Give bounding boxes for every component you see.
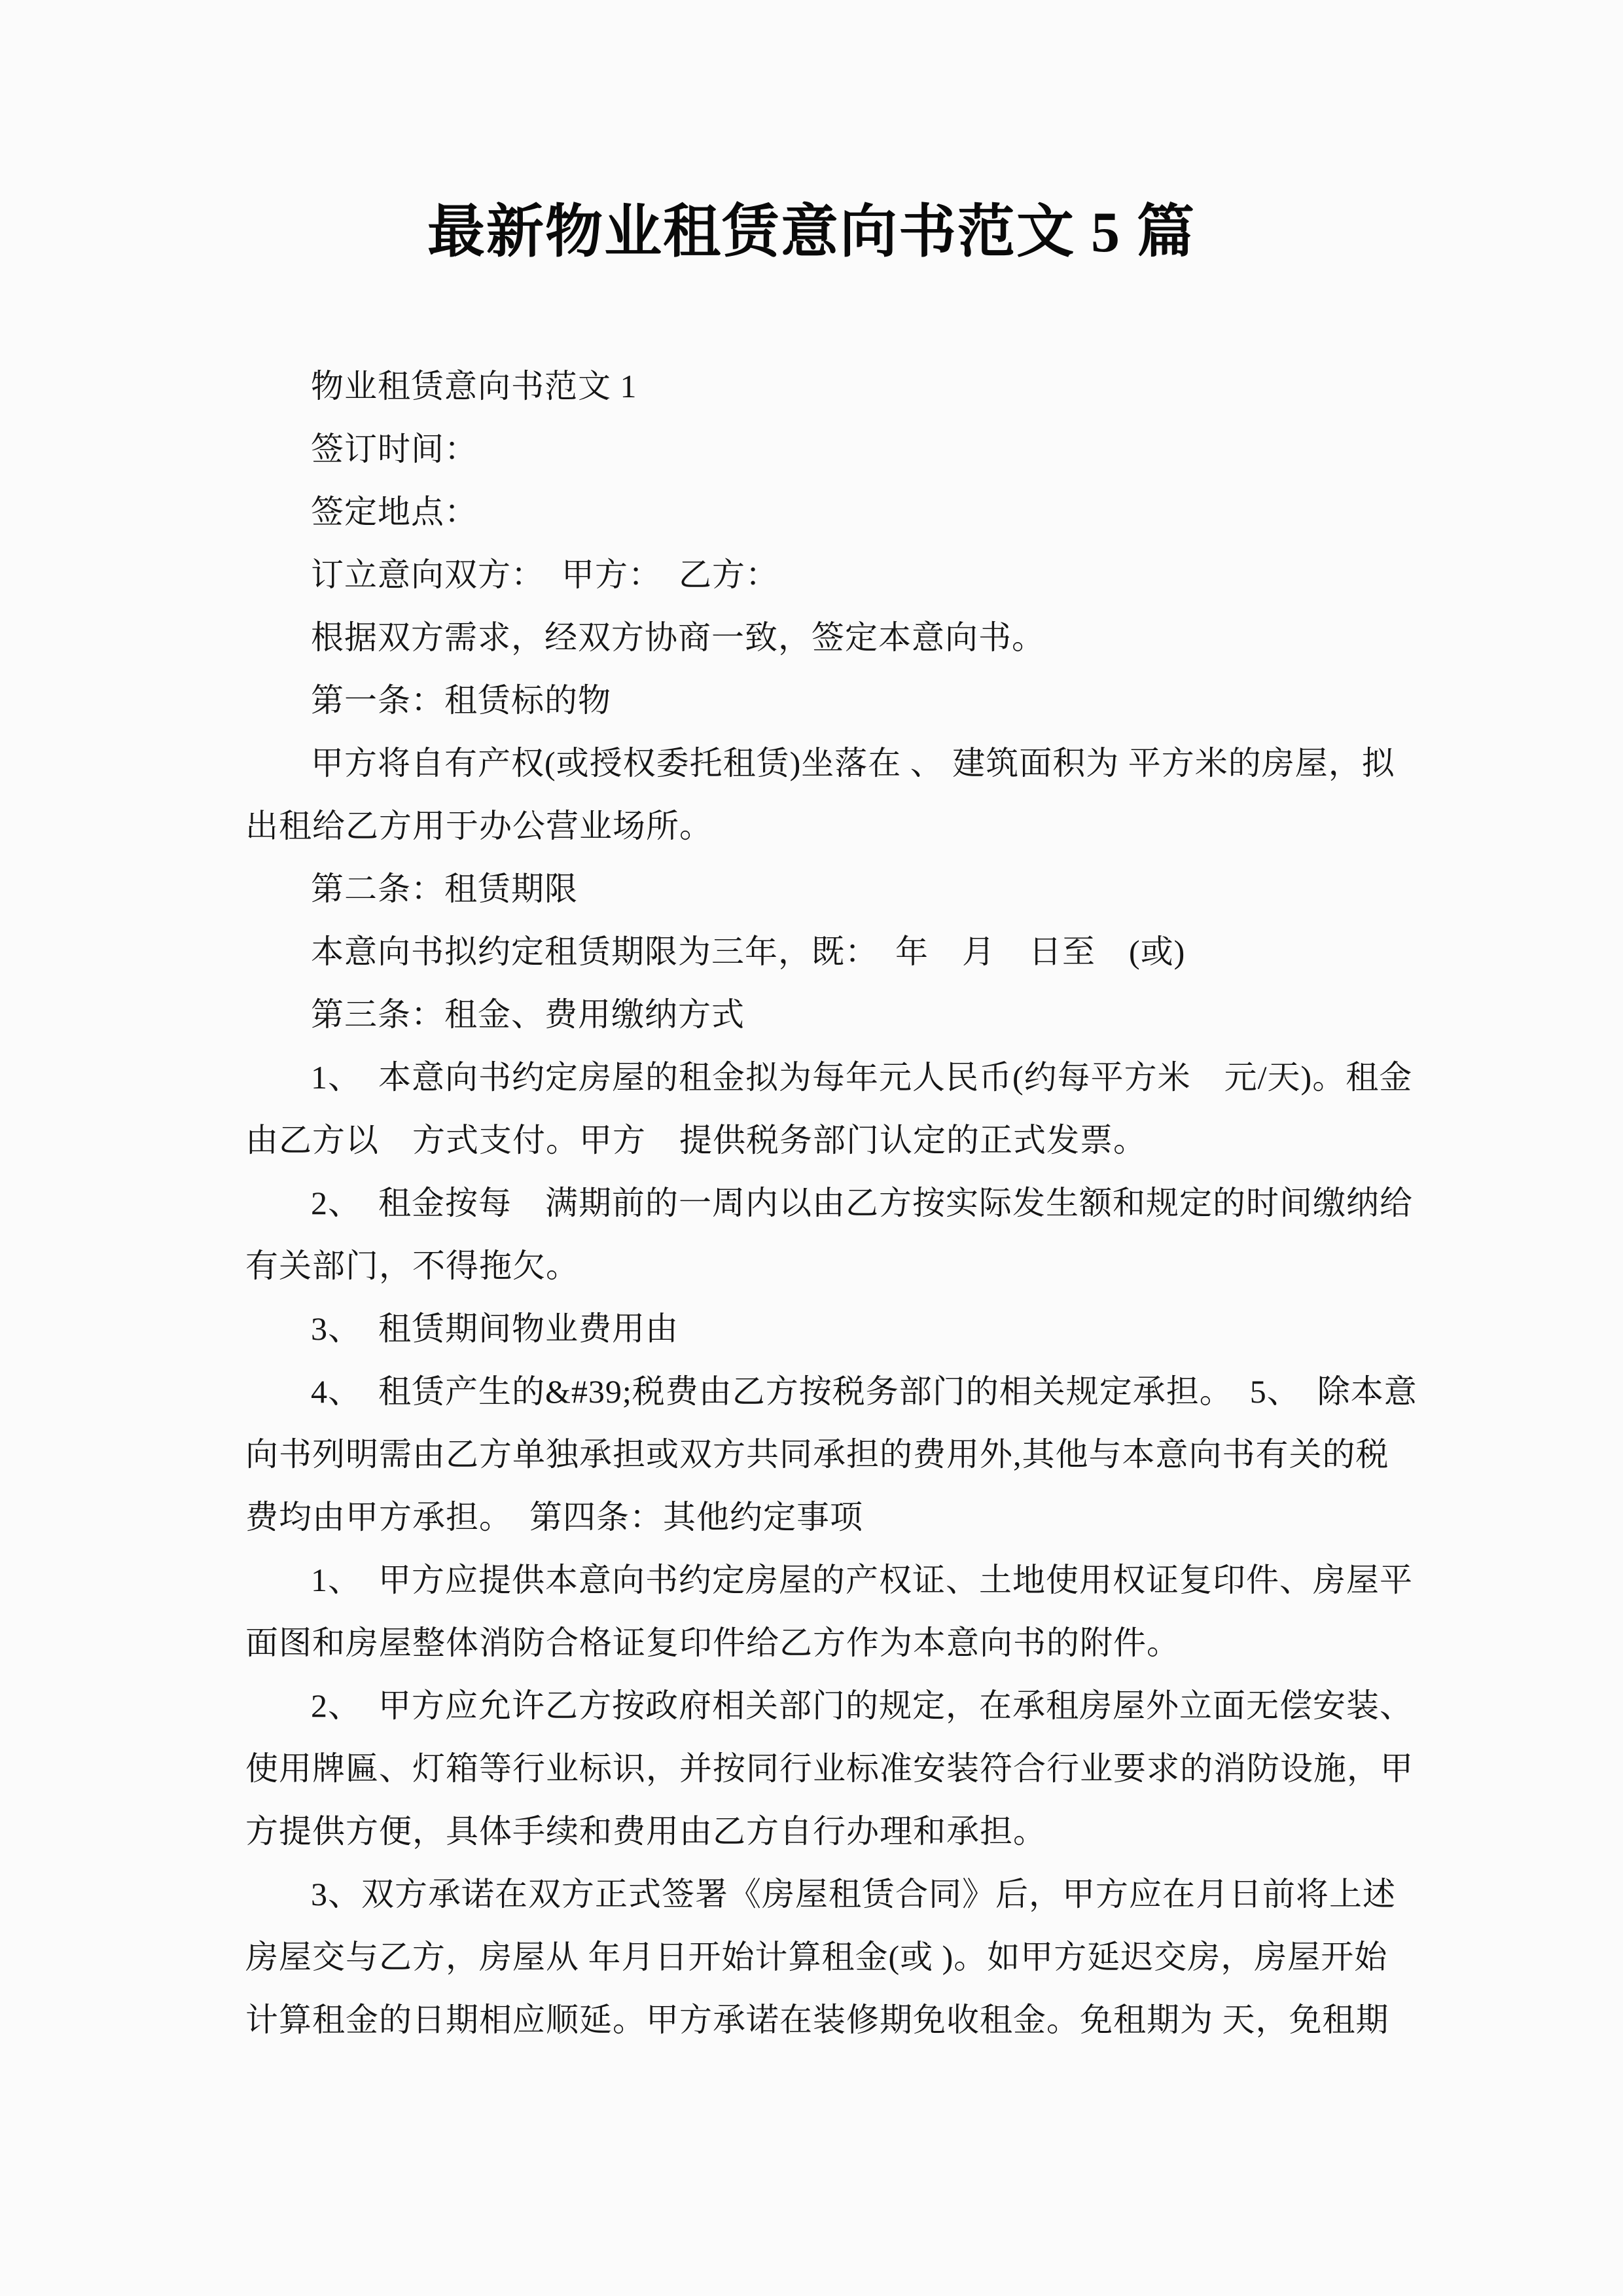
text-line: 订立意向双方： 甲方： 乙方： (245, 543, 1404, 606)
text-line: 1、 甲方应提供本意向书约定房屋的产权证、土地使用权证复印件、房屋平 (245, 1549, 1404, 1611)
page-title: 最新物业租赁意向书范文 5 篇 (0, 194, 1623, 272)
text-line: 第二条：租赁期限 (245, 857, 1404, 920)
text-line: 计算租金的日期相应顺延。甲方承诺在装修期免收租金。免租期为 天，免租期 (245, 1988, 1404, 2051)
text-line: 费均由甲方承担。 第四条：其他约定事项 (245, 1486, 1404, 1549)
document-page: 最新物业租赁意向书范文 5 篇 物业租赁意向书范文 1 签订时间： 签定地点： … (0, 0, 1623, 2296)
text-line: 4、 租赁产生的&#39;税费由乙方按税务部门的相关规定承担。 5、 除本意 (245, 1360, 1404, 1423)
text-line: 面图和房屋整体消防合格证复印件给乙方作为本意向书的附件。 (245, 1611, 1404, 1674)
text-line: 根据双方需求，经双方协商一致，签定本意向书。 (245, 606, 1404, 669)
text-line: 3、 租赁期间物业费用由 (245, 1297, 1404, 1360)
text-line: 第一条：租赁标的物 (245, 669, 1404, 732)
text-line: 出租给乙方用于办公营业场所。 (245, 795, 1404, 857)
text-line: 由乙方以 方式支付。甲方 提供税务部门认定的正式发票。 (245, 1109, 1404, 1172)
text-line: 签订时间： (245, 418, 1404, 480)
text-line: 3、双方承诺在双方正式签署《房屋租赁合同》后，甲方应在月日前将上述 (245, 1863, 1404, 1926)
text-line: 物业租赁意向书范文 1 (245, 355, 1404, 418)
text-line: 2、 甲方应允许乙方按政府相关部门的规定，在承租房屋外立面无偿安装、 (245, 1674, 1404, 1737)
text-line: 第三条：租金、费用缴纳方式 (245, 983, 1404, 1046)
text-line: 有关部门，不得拖欠。 (245, 1234, 1404, 1297)
text-line: 1、 本意向书约定房屋的租金拟为每年元人民币(约每平方米 元/天)。租金 (245, 1046, 1404, 1109)
text-line: 2、 租金按每 满期前的一周内以由乙方按实际发生额和规定的时间缴纳给 (245, 1172, 1404, 1234)
text-line: 本意向书拟约定租赁期限为三年，既： 年 月 日至 (或) (245, 920, 1404, 983)
document-body: 物业租赁意向书范文 1 签订时间： 签定地点： 订立意向双方： 甲方： 乙方： … (245, 355, 1404, 2051)
text-line: 签定地点： (245, 480, 1404, 543)
text-line: 甲方将自有产权(或授权委托租赁)坐落在 、 建筑面积为 平方米的房屋，拟 (245, 732, 1404, 795)
text-line: 使用牌匾、灯箱等行业标识，并按同行业标准安装符合行业要求的消防设施，甲 (245, 1737, 1404, 1800)
text-line: 房屋交与乙方，房屋从 年月日开始计算租金(或 )。如甲方延迟交房，房屋开始 (245, 1926, 1404, 1988)
text-line: 向书列明需由乙方单独承担或双方共同承担的费用外,其他与本意向书有关的税 (245, 1423, 1404, 1486)
text-line: 方提供方便，具体手续和费用由乙方自行办理和承担。 (245, 1800, 1404, 1863)
